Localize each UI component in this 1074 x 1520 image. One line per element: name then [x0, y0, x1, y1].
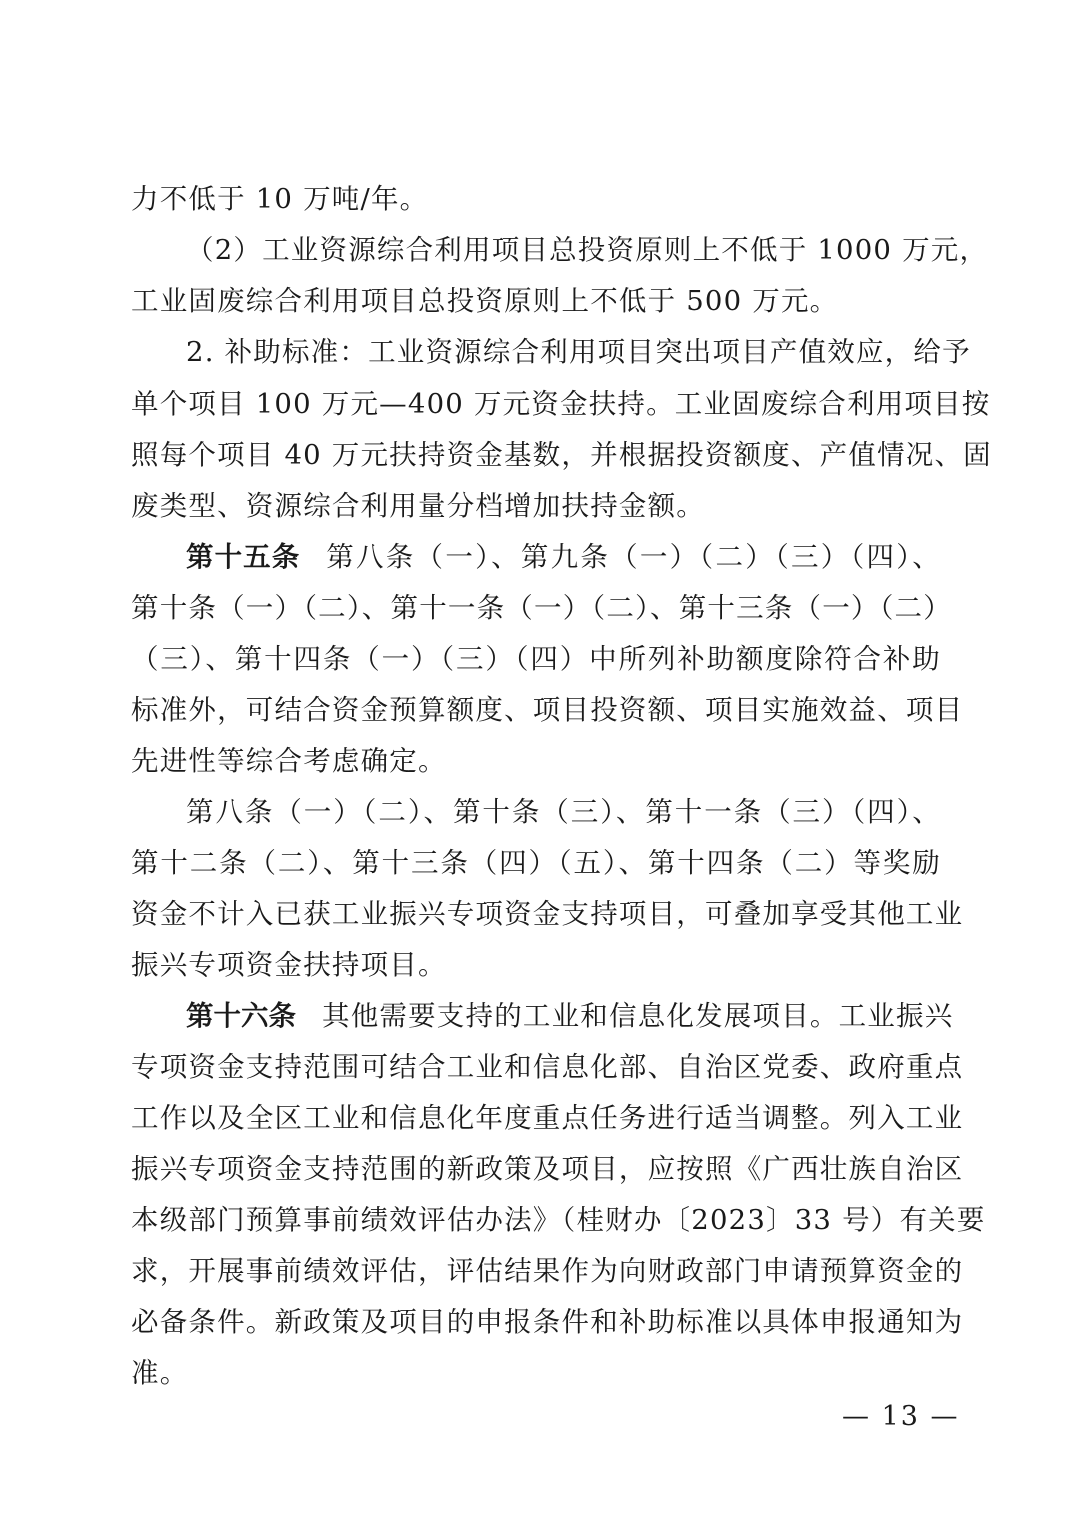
text-line: 专项资金支持范围可结合工业和信息化部、自治区党委、政府重点	[131, 1047, 941, 1087]
article-title: 第十五条	[186, 541, 300, 573]
text-line: 2. 补助标准：工业资源综合利用项目突出项目产值效应，给予	[186, 332, 941, 372]
text-line: 资金不计入已获工业振兴专项资金支持项目，可叠加享受其他工业	[131, 894, 941, 934]
line-text: 工作以及全区工业和信息化年度重点任务进行适当调整。列入工业	[131, 1102, 963, 1134]
line-text: 第八条（一）、第九条（一）（二）（三）（四）、	[326, 541, 941, 573]
line-text: 求，开展事前绩效评估，评估结果作为向财政部门申请预算资金的	[131, 1255, 963, 1287]
line-text: （2）工业资源综合利用项目总投资原则上不低于 1000 万元，	[186, 234, 988, 266]
line-text: 第八条（一）（二）、第十条（三）、第十一条（三）（四）、	[186, 796, 941, 828]
text-line: 先进性等综合考虑确定。	[131, 741, 941, 781]
text-line: 第十二条（二）、第十三条（四）（五）、第十四条（二）等奖励	[131, 843, 941, 883]
text-line: 照每个项目 40 万元扶持资金基数，并根据投资额度、产值情况、固	[131, 435, 941, 475]
line-text: 标准外，可结合资金预算额度、项目投资额、项目实施效益、项目	[131, 694, 963, 726]
line-text: 资金不计入已获工业振兴专项资金支持项目，可叠加享受其他工业	[131, 898, 963, 930]
line-text: 照每个项目 40 万元扶持资金基数，并根据投资额度、产值情况、固	[131, 439, 992, 471]
line-text: 其他需要支持的工业和信息化发展项目。工业振兴	[322, 1000, 953, 1032]
article-16-heading-line: 第十六条其他需要支持的工业和信息化发展项目。工业振兴	[186, 996, 941, 1036]
page-number: — 13 —	[842, 1397, 960, 1437]
line-text: 废类型、资源综合利用量分档增加扶持金额。	[131, 490, 705, 522]
document-page: 力不低于 10 万吨/年。 （2）工业资源综合利用项目总投资原则上不低于 100…	[0, 0, 1074, 1520]
line-text: 第十条（一）（二）、第十一条（一）（二）、第十三条（一）（二）	[131, 592, 952, 624]
text-line: 力不低于 10 万吨/年。	[131, 179, 941, 219]
line-text: 本级部门预算事前绩效评估办法》（桂财办〔2023〕33 号）有关要	[131, 1204, 986, 1236]
line-text: 必备条件。新政策及项目的申报条件和补助标准以具体申报通知为	[131, 1306, 963, 1338]
text-line: 废类型、资源综合利用量分档增加扶持金额。	[131, 486, 941, 526]
text-line: 单个项目 100 万元—400 万元资金扶持。工业固废综合利用项目按	[131, 384, 941, 424]
text-line: 第八条（一）（二）、第十条（三）、第十一条（三）（四）、	[186, 792, 941, 832]
text-line: 工作以及全区工业和信息化年度重点任务进行适当调整。列入工业	[131, 1098, 941, 1138]
text-line: 求，开展事前绩效评估，评估结果作为向财政部门申请预算资金的	[131, 1251, 941, 1291]
text-line: 振兴专项资金支持范围的新政策及项目，应按照《广西壮族自治区	[131, 1149, 941, 1189]
line-text: 2. 补助标准：工业资源综合利用项目突出项目产值效应，给予	[186, 336, 971, 368]
text-line: 本级部门预算事前绩效评估办法》（桂财办〔2023〕33 号）有关要	[131, 1200, 941, 1240]
text-line: 标准外，可结合资金预算额度、项目投资额、项目实施效益、项目	[131, 690, 941, 730]
line-text: 振兴专项资金扶持项目。	[131, 949, 447, 981]
line-text: 工业固废综合利用项目总投资原则上不低于 500 万元。	[131, 285, 838, 317]
line-text: 振兴专项资金支持范围的新政策及项目，应按照《广西壮族自治区	[131, 1153, 963, 1185]
article-title: 第十六条	[186, 1000, 296, 1032]
line-text: 第十二条（二）、第十三条（四）（五）、第十四条（二）等奖励	[131, 847, 941, 879]
text-line: 振兴专项资金扶持项目。	[131, 945, 941, 985]
line-text: 力不低于 10 万吨/年。	[131, 183, 428, 215]
line-text: 准。	[131, 1357, 188, 1389]
text-line: （三）、第十四条（一）（三）（四）中所列补助额度除符合补助	[131, 639, 941, 679]
text-line: 准。	[131, 1353, 941, 1393]
text-line: 第十条（一）（二）、第十一条（一）（二）、第十三条（一）（二）	[131, 588, 941, 628]
line-text: 专项资金支持范围可结合工业和信息化部、自治区党委、政府重点	[131, 1051, 963, 1083]
article-15-heading-line: 第十五条第八条（一）、第九条（一）（二）（三）（四）、	[186, 537, 941, 577]
text-line: 必备条件。新政策及项目的申报条件和补助标准以具体申报通知为	[131, 1302, 941, 1342]
line-text: 先进性等综合考虑确定。	[131, 745, 447, 777]
text-line: （2）工业资源综合利用项目总投资原则上不低于 1000 万元，	[186, 230, 941, 270]
text-line: 工业固废综合利用项目总投资原则上不低于 500 万元。	[131, 281, 941, 321]
line-text: 单个项目 100 万元—400 万元资金扶持。工业固废综合利用项目按	[131, 388, 991, 420]
line-text: （三）、第十四条（一）（三）（四）中所列补助额度除符合补助	[131, 643, 941, 675]
